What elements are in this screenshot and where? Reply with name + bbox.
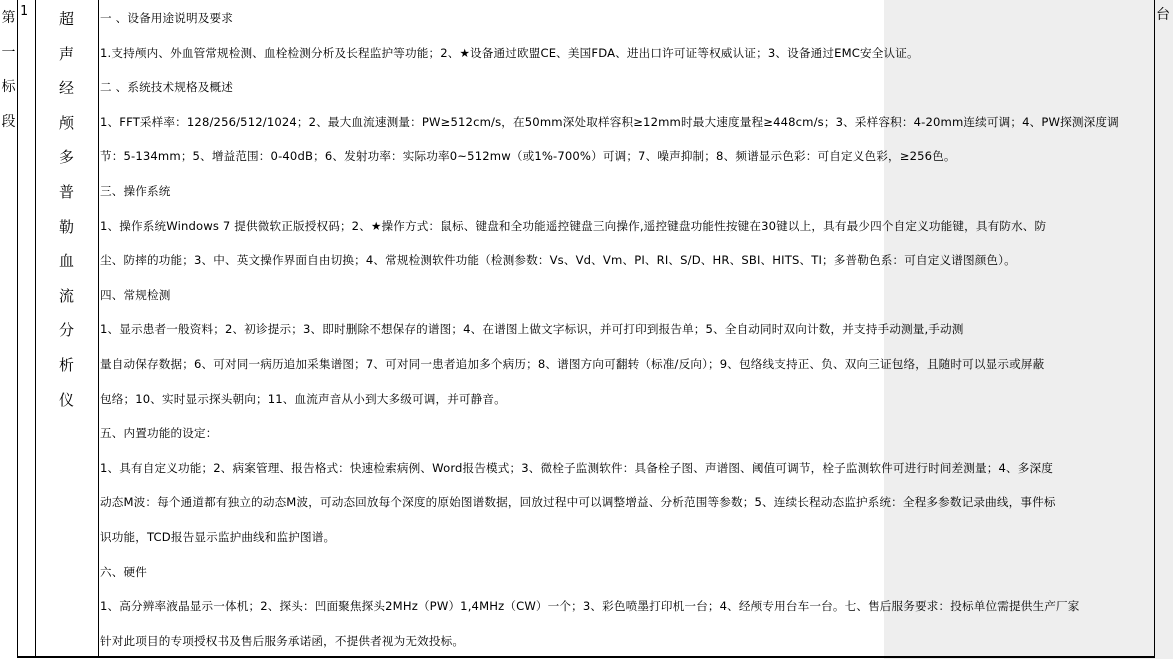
spec-line: 1、具有自定义功能；2、病案管理、报告格式：快速检索病例、Word报告模式；3、… (100, 450, 1152, 485)
product-name-char: 经 (35, 69, 98, 104)
column-border (98, 0, 99, 657)
section-heading-usage: 一 、设备用途说明及要求 (100, 0, 1152, 35)
product-name-char: 声 (35, 35, 98, 70)
product-name-char: 分 (35, 311, 98, 346)
spec-line: 尘、防摔的功能；3、中、英文操作界面自由切换；4、常规检测软件功能（检测参数：V… (100, 242, 1152, 277)
column-border (1154, 0, 1155, 657)
spec-line: 识功能，TCD报告显示监护曲线和监护图谱。 (100, 519, 1152, 554)
spec-line: 1、显示患者一般资料；2、初诊提示；3、即时删除不想保存的谱图；4、在谱图上做文… (100, 311, 1152, 346)
section-heading-routine-detection: 四、常规检测 (100, 277, 1152, 312)
spec-line: 包络；10、实时显示探头朝向；11、血流声音从小到大多级可调，并可静音。 (100, 381, 1152, 416)
spec-line: 1、高分辨率液晶显示一体机；2、探头：凹面聚焦探头2MHz（PW）1,4MHz（… (100, 588, 1152, 623)
section-heading-os: 三、操作系统 (100, 173, 1152, 208)
spec-line: 动态M波：每个通道都有独立的动态M波，可动态回放每个深度的原始图谱数据，回放过程… (100, 484, 1152, 519)
product-name-char: 超 (35, 0, 98, 35)
product-name-char: 析 (35, 346, 98, 381)
product-name-char: 勒 (35, 208, 98, 243)
spec-line: 节：5-134mm；5、增益范围：0-40dB；6、发射功率：实际功率0~512… (100, 138, 1152, 173)
product-name-char: 仪 (35, 381, 98, 416)
section-label-char: 第 (0, 0, 17, 35)
product-name-char: 多 (35, 138, 98, 173)
section-label-char: 段 (0, 104, 17, 139)
product-name-char: 普 (35, 173, 98, 208)
section-heading-builtin-functions: 五、内置功能的设定： (100, 415, 1152, 450)
spec-line: 1、操作系统Windows 7 提供微软正版授权码；2、★操作方式：鼠标、键盘和… (100, 208, 1152, 243)
spec-line: 针对此项目的专项授权书及售后服务承诺函，不提供者视为无效投标。 (100, 623, 1152, 658)
product-name: 超 声 经 颅 多 普 勒 血 流 分 析 仪 (35, 0, 98, 415)
spec-line: 1.支持颅内、外血管常规检测、血栓检测分析及长程监护等功能；2、★设备通过欧盟C… (100, 35, 1152, 70)
section-label: 第 一 标 段 (0, 0, 17, 139)
section-heading-specs: 二 、系统技术规格及概述 (100, 69, 1152, 104)
unit-label: 台 (1156, 4, 1170, 24)
column-border (17, 0, 18, 657)
spec-line: 1、FFT采样率：128/256/512/1024；2、最大血流速测量：PW≥5… (100, 104, 1152, 139)
section-heading-hardware: 六、硬件 (100, 554, 1152, 589)
section-label-char: 一 (0, 35, 17, 70)
section-label-char: 标 (0, 69, 17, 104)
specification-content: 一 、设备用途说明及要求 1.支持颅内、外血管常规检测、血栓检测分析及长程监护等… (100, 0, 1152, 657)
spec-line: 量自动保存数据；6、可对同一病历追加采集谱图；7、可对同一患者追加多个病历；8、… (100, 346, 1152, 381)
product-name-char: 血 (35, 242, 98, 277)
row-index: 1 (20, 4, 28, 19)
product-name-char: 颅 (35, 104, 98, 139)
product-name-char: 流 (35, 277, 98, 312)
